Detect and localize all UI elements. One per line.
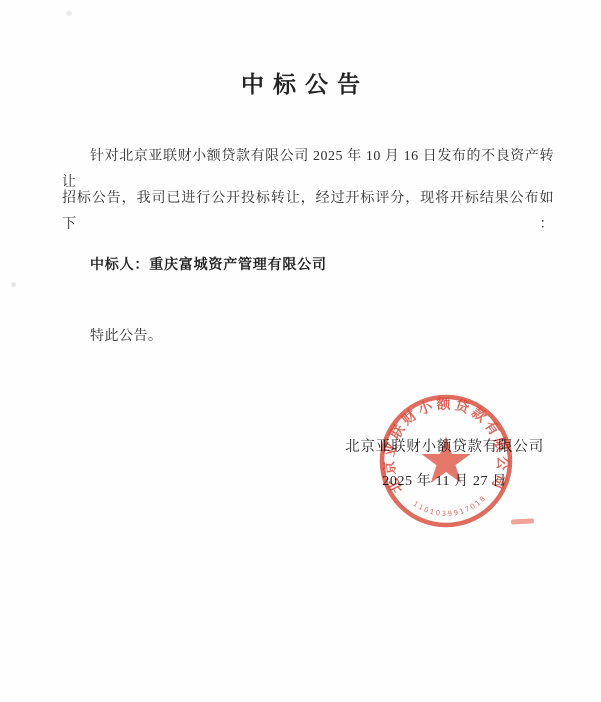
document-page: 中标公告 针对北京亚联财小额贷款有限公司 2025 年 10 月 16 日发布的… <box>0 0 601 702</box>
body-paragraph-line-2: 招标公告，我司已进行公开投标转让，经过开标评分，现将开标结果公布如下： <box>62 186 554 238</box>
winner-announcement-line: 中标人：重庆富城资产管理有限公司 <box>62 253 554 279</box>
signature-date: 2025 年 11 月 27 日 <box>345 469 544 495</box>
seal-serial-number: 1101039917018 <box>411 494 488 518</box>
signature-block: 北京亚联财小额贷款有限公司 2025 年 11 月 27 日 <box>345 434 544 495</box>
document-title: 中标公告 <box>0 66 601 99</box>
scan-artifact-dot <box>66 11 72 16</box>
closing-line: 特此公告。 <box>62 324 554 350</box>
ink-smudge-mark <box>511 518 534 524</box>
scan-artifact-dot <box>11 282 16 287</box>
signature-company-name: 北京亚联财小额贷款有限公司 <box>345 434 544 460</box>
